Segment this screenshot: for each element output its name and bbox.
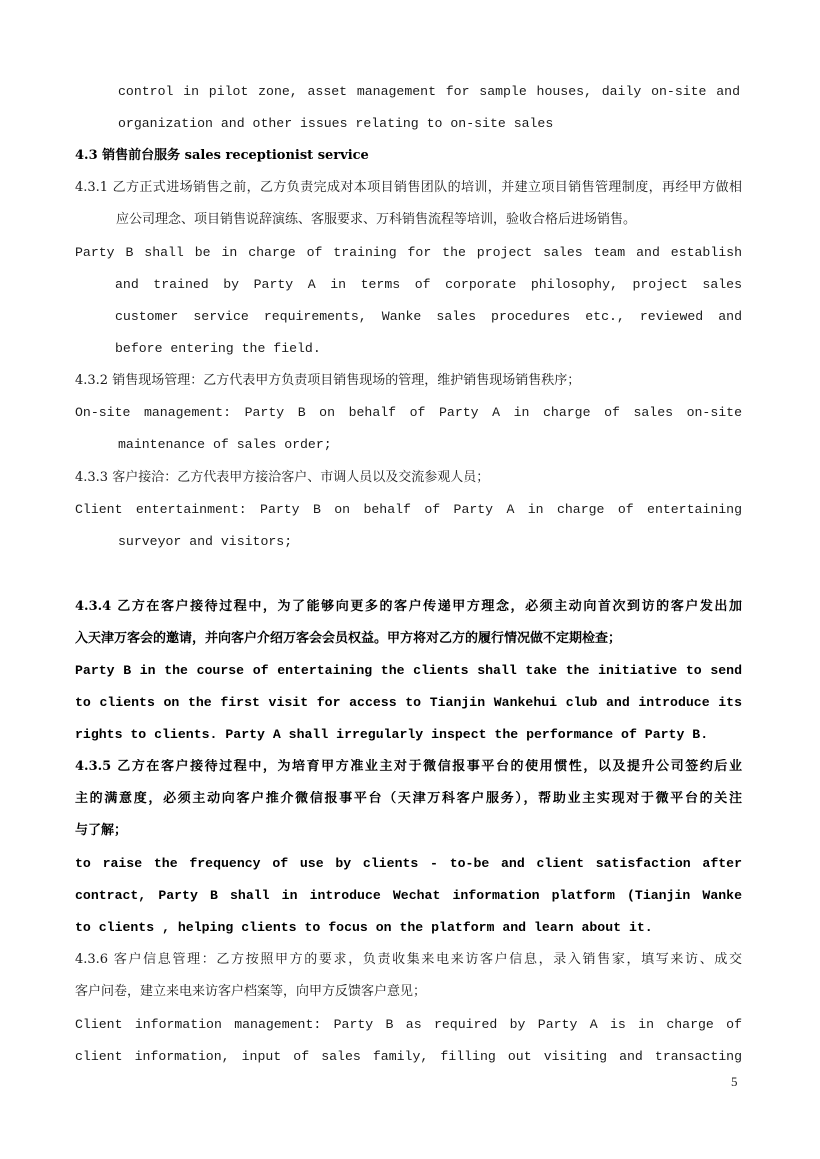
text-line: 4.3.6 客户信息管理：乙方按照甲方的要求，负责收集来电来访客户信息，录入销售… <box>75 952 742 968</box>
text-line: surveyor and visitors; <box>118 534 292 550</box>
text-line: 客户问卷，建立来电来访客户档案等，向甲方反馈客户意见； <box>75 984 426 1000</box>
text-line: to clients , helping clients to focus on… <box>75 920 653 936</box>
text-line: and trained by Party A in terms of corpo… <box>115 277 742 293</box>
text-line: 4.3.2 销售现场管理：乙方代表甲方负责项目销售现场的管理，维护销售现场销售秩… <box>75 373 580 389</box>
text-line: organization and other issues relating t… <box>118 116 553 132</box>
text-line: Client entertainment: Party B on behalf … <box>75 502 742 518</box>
text-line: 主的满意度，必须主动向客户推介微信报事平台（天津万科客户服务），帮助业主实现对于… <box>75 791 742 807</box>
text-line: 4.3.1 乙方正式进场销售之前，乙方负责完成对本项目销售团队的培训，并建立项目… <box>75 180 742 196</box>
text-line: 4.3.3 客户接洽：乙方代表甲方接洽客户、市调人员以及交流参观人员； <box>75 470 489 486</box>
page-number: 5 <box>731 1074 738 1090</box>
text-line: Client information management: Party B a… <box>75 1017 742 1033</box>
text-line: rights to clients. Party A shall irregul… <box>75 727 708 743</box>
text-line: 4.3 销售前台服务 sales receptionist service <box>75 148 369 164</box>
text-line: 入天津万客会的邀请，并向客户介绍万客会会员权益。甲方将对乙方的履行情况做不定期检… <box>75 631 621 647</box>
text-line: On-site management: Party B on behalf of… <box>75 405 742 421</box>
text-line: client information, input of sales famil… <box>75 1049 742 1065</box>
text-line: Party B in the course of entertaining th… <box>75 663 742 679</box>
text-line: 应公司理念、项目销售说辞演练、客服要求、万科销售流程等培训，验收合格后进场销售。 <box>116 212 636 228</box>
text-line: Party B shall be in charge of training f… <box>75 245 742 261</box>
text-line: before entering the field. <box>115 341 321 357</box>
text-line: to clients on the first visit for access… <box>75 695 742 711</box>
document-page: control in pilot zone, asset management … <box>0 0 820 1159</box>
text-line: customer service requirements, Wanke sal… <box>115 309 742 325</box>
text-line: to raise the frequency of use by clients… <box>75 856 742 872</box>
text-line: 4.3.4 乙方在客户接待过程中，为了能够向更多的客户传递甲方理念，必须主动向首… <box>75 599 742 615</box>
text-line: 与了解； <box>75 823 127 839</box>
text-line: contract, Party B shall in introduce Wec… <box>75 888 742 904</box>
text-line: 4.3.5 乙方在客户接待过程中，为培育甲方准业主对于微信报事平台的使用惯性，以… <box>75 759 742 775</box>
text-line: maintenance of sales order; <box>118 437 332 453</box>
text-line: control in pilot zone, asset management … <box>118 84 740 100</box>
